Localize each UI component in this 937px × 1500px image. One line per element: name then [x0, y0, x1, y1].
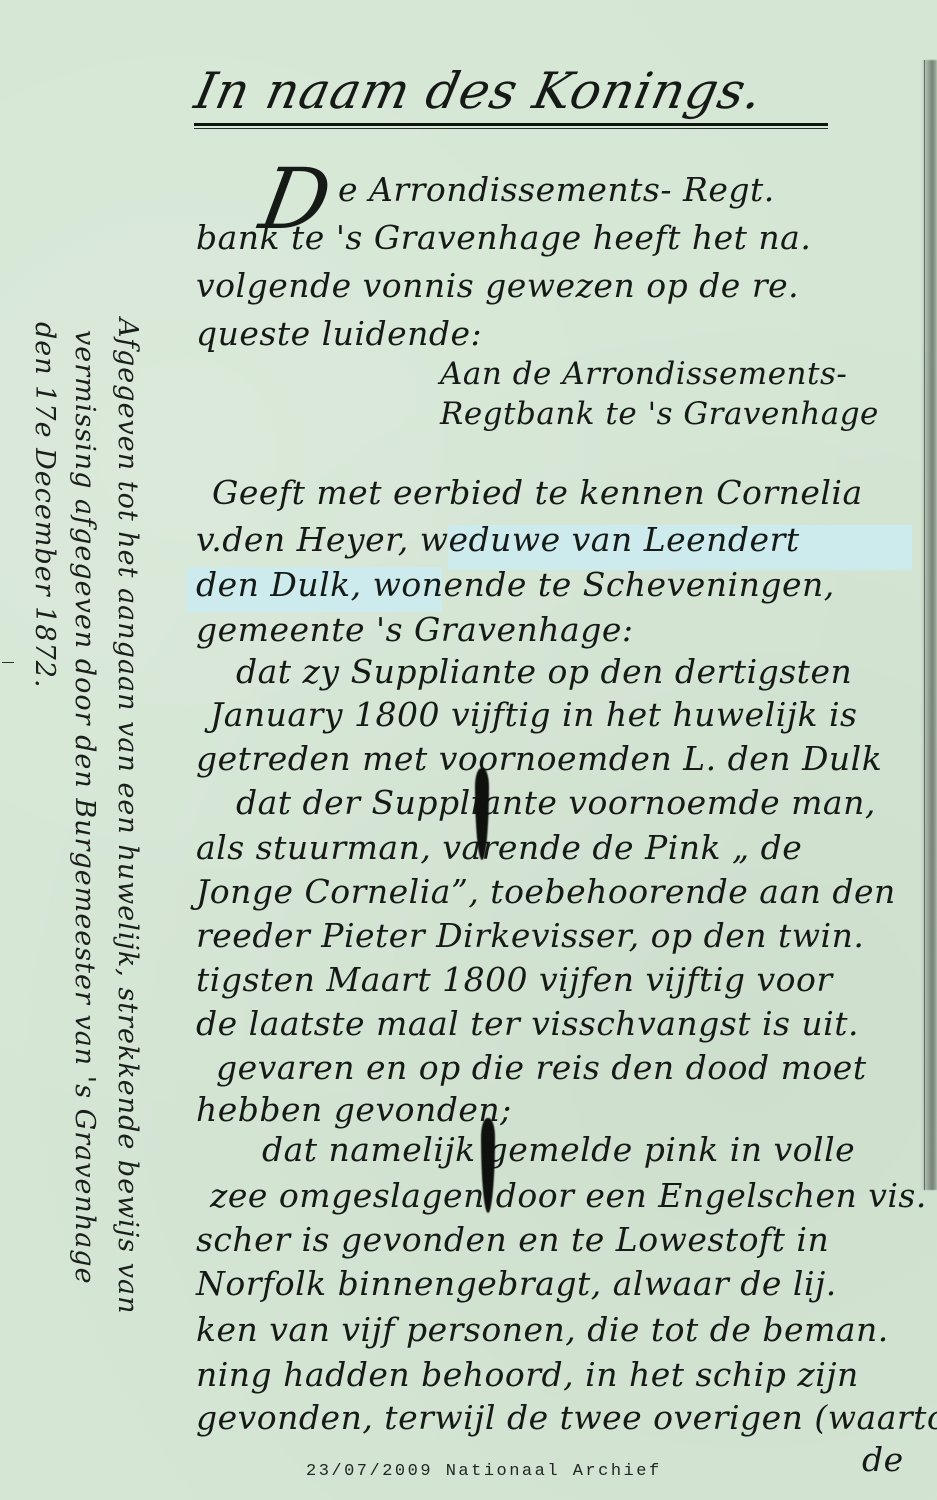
body-line: dat namelijk gemelde pink in volle	[262, 1130, 855, 1169]
body-line: Geeft met eerbied te kennen Cornelia	[212, 473, 863, 512]
body-line: zee omgeslagen door een Engelschen vis.	[210, 1176, 927, 1215]
body-line: gevonden, terwijl de twee overigen (waar…	[196, 1398, 937, 1437]
body-line: Aan de Arrondissements-	[440, 356, 847, 392]
body-line: de	[862, 1440, 904, 1479]
body-line: den Dulk, wonende te Scheveningen,	[196, 565, 835, 604]
body-line: gevaren en op die reis den dood moet	[216, 1048, 867, 1087]
margin-tick-mark	[2, 662, 14, 663]
body-line: gemeente 's Gravenhage:	[196, 610, 633, 649]
body-line: ken van vijf personen, die tot de beman.	[196, 1310, 889, 1349]
body-line: ning hadden behoord, in het schip zijn	[196, 1355, 859, 1394]
body-line: v.den Heyer, weduwe van Leendert	[196, 520, 800, 559]
body-line: Norfolk binnengebragt, alwaar de lij.	[196, 1264, 837, 1303]
body-line: bank te 's Gravenhage heeft het na.	[196, 218, 811, 257]
title-underline	[194, 123, 828, 126]
body-line: dat der Suppliante voornoemde man,	[236, 783, 876, 822]
body-line: als stuurman, varende de Pink „ de	[196, 828, 802, 867]
archive-footer-stamp: 23/07/2009 Nationaal Archief	[306, 1462, 662, 1481]
title-underline-thin	[194, 128, 828, 129]
margin-note-line-2: vermissing afgegeven door den Burgemeest…	[69, 330, 100, 1285]
body-line: hebben gevonden;	[196, 1090, 512, 1129]
body-line: January 1800 vijftig in het huwelijk is	[210, 695, 857, 734]
body-line: Regtbank te 's Gravenhage	[440, 396, 879, 432]
body-line: e Arrondissements- Regt.	[338, 170, 775, 209]
document-page: In naam des Konings. D e Arrondissements…	[0, 0, 937, 1500]
body-line: dat zy Suppliante op den dertigsten	[236, 652, 852, 691]
body-line: volgende vonnis gewezen op de re.	[196, 266, 799, 305]
body-line: scher is gevonden en te Lowestoft in	[196, 1220, 829, 1259]
margin-note-line-3: den 17e December 1872.	[29, 322, 60, 689]
body-line: de laatste maal ter visschvangst is uit.	[196, 1004, 859, 1043]
body-line: Jonge Cornelia”, toebehoorende aan den	[196, 872, 896, 911]
body-line: getreden met voornoemden L. den Dulk	[196, 739, 882, 778]
margin-note-line-1: Afgegeven tot het aangaan van een huweli…	[112, 318, 143, 1315]
body-line: reeder Pieter Dirkevisser, op den twin.	[196, 916, 864, 955]
document-title: In naam des Konings.	[190, 62, 769, 120]
page-edge-line	[924, 60, 925, 1190]
body-line: tigsten Maart 1800 vijfen vijftig voor	[196, 960, 833, 999]
body-line: queste luidende:	[196, 314, 482, 353]
